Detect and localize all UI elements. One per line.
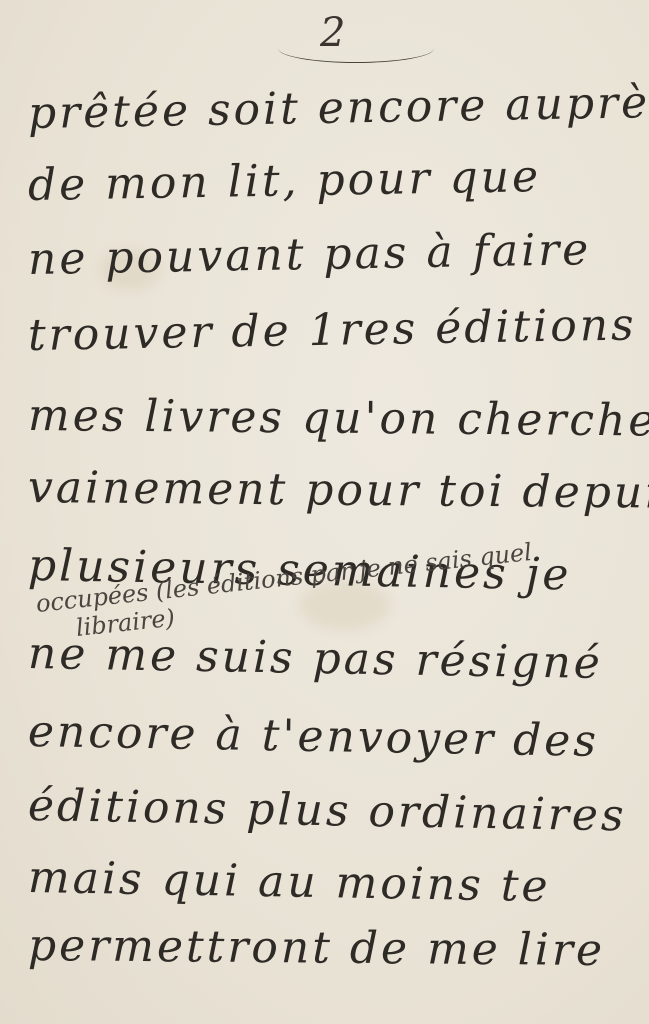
manuscript-line: de mon lit, pour que [28, 151, 542, 211]
manuscript-line: ne pouvant pas à faire [28, 224, 592, 285]
page-number-arc [278, 34, 434, 63]
manuscript-line: éditions plus ordinaires [28, 780, 627, 841]
manuscript-page: 2 prêtée soit encore auprès de mon lit, … [0, 0, 649, 1024]
manuscript-line: ne me suis pas résigné [28, 628, 604, 689]
manuscript-line: mes livres qu'on cherche [28, 390, 649, 446]
manuscript-line: permettront de me lire [28, 920, 605, 976]
page-number: 2 [320, 10, 345, 56]
manuscript-line: trouver de 1res éditions de [28, 298, 649, 361]
manuscript-line: mais qui au moins te [28, 852, 551, 912]
manuscript-line: prêtée soit encore auprès [28, 77, 649, 139]
manuscript-line: encore à t'envoyer des [28, 706, 600, 767]
manuscript-line: vainement pour toi depuis [28, 462, 649, 519]
